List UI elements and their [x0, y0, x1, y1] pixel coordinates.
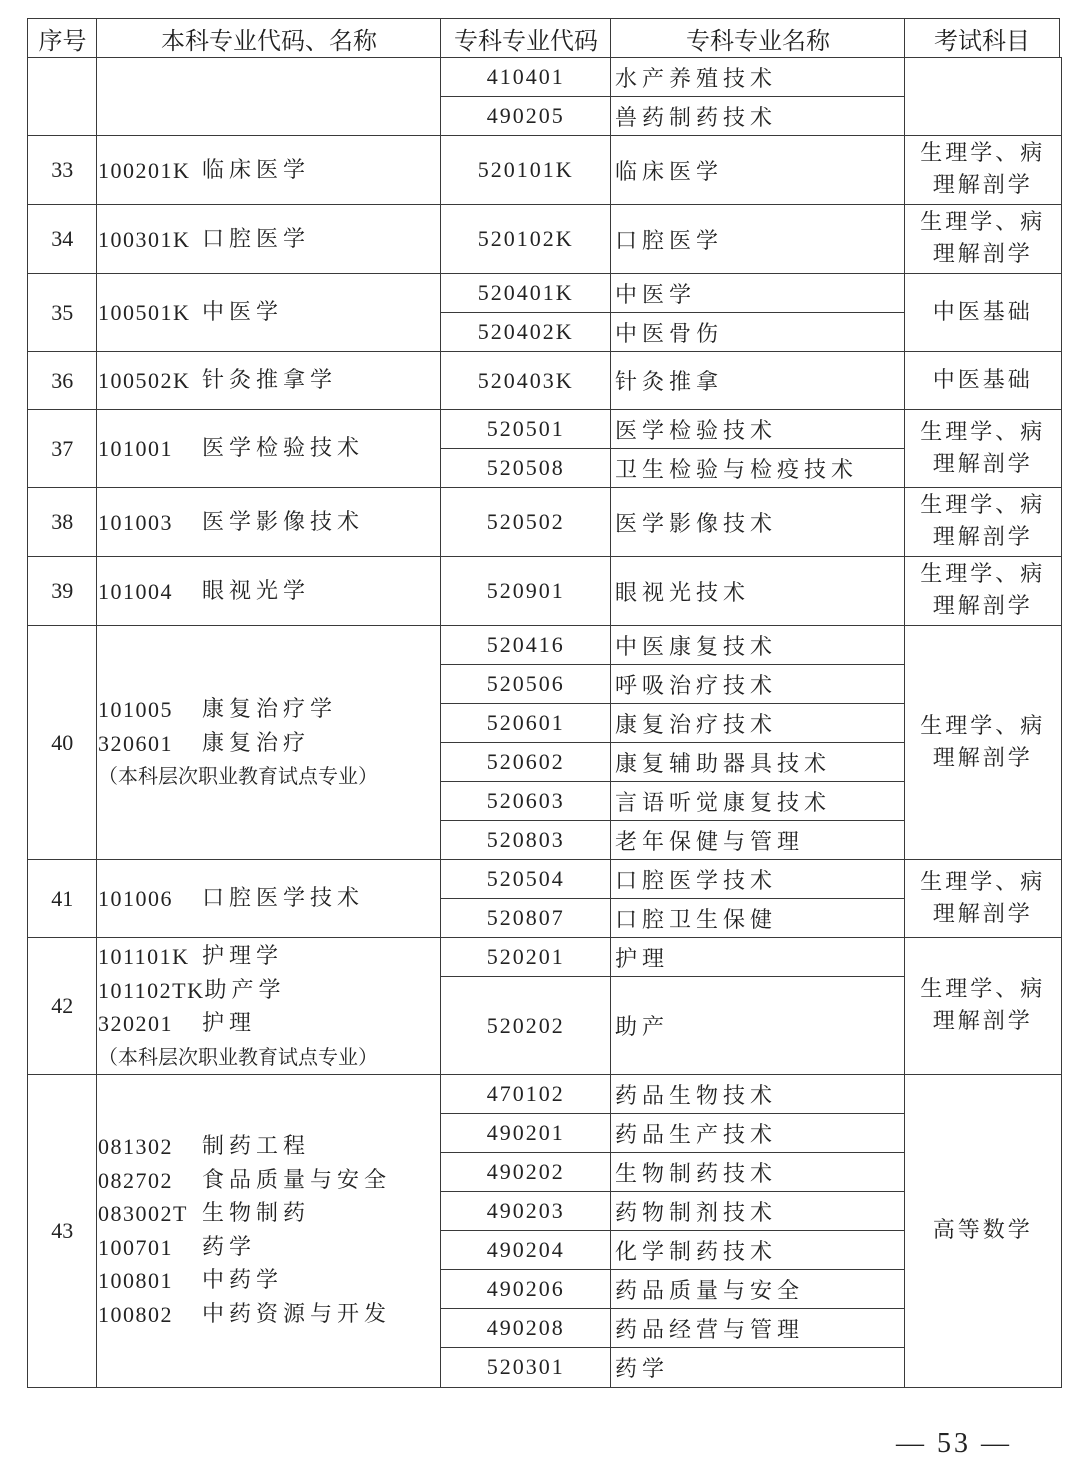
zhuanke-code: 520402K [440, 312, 612, 353]
zhuanke-name: 药物制剂技术 [610, 1191, 906, 1232]
exam-subject: 生理学、病理解剖学 [904, 625, 1062, 861]
bachelor-major-name: 中药学 [202, 1264, 283, 1298]
bachelor-major-code: 101101K [98, 940, 202, 974]
zhuanke-code: 520603 [440, 781, 612, 822]
row-seq: 35 [27, 273, 98, 353]
bachelor-major-code: 100301K [98, 223, 202, 257]
bachelor-major: 100802中药资源与开发 [98, 1298, 391, 1332]
zhuanke-code: 520501 [440, 409, 612, 450]
header-seq: 序号 [27, 18, 98, 58]
zhuanke-name: 助产 [610, 976, 906, 1076]
zhuanke-name: 中医康复技术 [610, 625, 906, 666]
zhuanke-name: 药品质量与安全 [610, 1269, 906, 1310]
zhuanke-name: 医学检验技术 [610, 409, 906, 450]
exam-subject: 生理学、病理解剖学 [904, 135, 1062, 206]
zhuanke-name: 临床医学 [610, 135, 906, 206]
bachelor-major-code: 101004 [98, 575, 202, 609]
zhuanke-code: 470102 [440, 1074, 612, 1115]
bachelor-major-code: 100502K [98, 364, 202, 398]
zhuanke-name: 针灸推拿 [610, 351, 906, 411]
exam-subject: 生理学、病理解剖学 [904, 204, 1062, 275]
zhuanke-name: 言语听觉康复技术 [610, 781, 906, 822]
zhuanke-code: 520416 [440, 625, 612, 666]
bachelor-major-code: 100501K [98, 296, 202, 330]
zhuanke-name: 药学 [610, 1347, 906, 1388]
bachelor-major: 101005康复治疗学 [98, 693, 337, 727]
bachelor-major-code: 101006 [98, 882, 202, 916]
zhuanke-name: 护理 [610, 937, 906, 978]
bachelor-majors-cell: 101001医学检验技术 [96, 409, 442, 489]
zhuanke-name: 口腔医学 [610, 204, 906, 275]
zhuanke-code: 520803 [440, 820, 612, 861]
zhuanke-name: 康复治疗技术 [610, 703, 906, 744]
bachelor-major: 101004眼视光学 [98, 575, 310, 609]
zhuanke-name: 兽药制药技术 [610, 96, 906, 137]
bachelor-major: 101003医学影像技术 [98, 506, 364, 540]
row-seq: 42 [27, 937, 98, 1076]
zhuanke-code: 520508 [440, 448, 612, 489]
zhuanke-code: 410401 [440, 57, 612, 98]
bachelor-majors-cell: 100201K临床医学 [96, 135, 442, 206]
zhuanke-code: 490205 [440, 96, 612, 137]
bachelor-major-code: 100801 [98, 1264, 202, 1298]
bachelor-majors-cell: 100301K口腔医学 [96, 204, 442, 275]
bachelor-major: 100701药学 [98, 1231, 256, 1265]
bachelor-major-name: 助产学 [205, 974, 286, 1008]
exam-subject [904, 57, 1062, 137]
bachelor-major: 100301K口腔医学 [98, 223, 310, 257]
zhuanke-code: 520403K [440, 351, 612, 411]
zhuanke-code: 520101K [440, 135, 612, 206]
header-zhuanke-code: 专科专业代码 [440, 18, 612, 58]
row-seq: 36 [27, 351, 98, 411]
bachelor-major-name: 眼视光学 [202, 575, 310, 609]
zhuanke-name: 卫生检验与检疫技术 [610, 448, 906, 489]
zhuanke-name: 眼视光技术 [610, 556, 906, 627]
row-seq: 41 [27, 859, 98, 939]
bachelor-major-code: 101001 [98, 432, 202, 466]
bachelor-major-name: 食品质量与安全 [202, 1164, 391, 1198]
header-exam: 考试科目 [904, 18, 1060, 58]
row-seq: 34 [27, 204, 98, 275]
bachelor-major-code: 101003 [98, 506, 202, 540]
bachelor-majors-cell: 100501K中医学 [96, 273, 442, 353]
major-mapping-table: 序号 本科专业代码、名称 专科专业代码 专科专业名称 考试科目 410401水产… [0, 0, 1080, 1400]
zhuanke-name: 化学制药技术 [610, 1230, 906, 1271]
zhuanke-name: 老年保健与管理 [610, 820, 906, 861]
zhuanke-code: 520301 [440, 1347, 612, 1388]
exam-subject: 生理学、病理解剖学 [904, 556, 1062, 627]
bachelor-major-code: 081302 [98, 1130, 202, 1164]
header-bachelor: 本科专业代码、名称 [96, 18, 442, 58]
bachelor-major: 101006口腔医学技术 [98, 882, 364, 916]
zhuanke-code: 520201 [440, 937, 612, 978]
zhuanke-name: 生物制药技术 [610, 1152, 906, 1193]
bachelor-majors-cell: 101101K护理学101102TK助产学320201护理（本科层次职业教育试点… [96, 937, 442, 1076]
bachelor-major-name: 康复治疗学 [202, 693, 337, 727]
zhuanke-code: 520502 [440, 487, 612, 558]
zhuanke-code: 520602 [440, 742, 612, 783]
bachelor-major-name: 医学检验技术 [202, 432, 364, 466]
row-seq [27, 57, 98, 137]
bachelor-major: 083002T生物制药 [98, 1197, 310, 1231]
bachelor-major: 101101K护理学 [98, 940, 283, 974]
bachelor-major-code: 100802 [98, 1298, 202, 1332]
bachelor-major-code: 101102TK [98, 974, 205, 1008]
bachelor-major-code: 100201K [98, 154, 202, 188]
row-seq: 38 [27, 487, 98, 558]
bachelor-major: 081302制药工程 [98, 1130, 310, 1164]
bachelor-major-code: 320601 [98, 727, 202, 761]
zhuanke-code: 490202 [440, 1152, 612, 1193]
bachelor-major: 100201K临床医学 [98, 154, 310, 188]
row-seq: 33 [27, 135, 98, 206]
exam-subject: 生理学、病理解剖学 [904, 937, 1062, 1076]
exam-subject: 中医基础 [904, 273, 1062, 353]
bachelor-major-name: 中药资源与开发 [202, 1298, 391, 1332]
zhuanke-code: 520901 [440, 556, 612, 627]
zhuanke-name: 医学影像技术 [610, 487, 906, 558]
bachelor-majors-cell: 101003医学影像技术 [96, 487, 442, 558]
bachelor-major-name: 药学 [202, 1231, 256, 1265]
zhuanke-name: 口腔卫生保健 [610, 898, 906, 939]
row-seq: 37 [27, 409, 98, 489]
zhuanke-name: 药品经营与管理 [610, 1308, 906, 1349]
bachelor-major-code: 320201 [98, 1007, 202, 1041]
header-zhuanke-name: 专科专业名称 [610, 18, 906, 58]
pilot-program-note: （本科层次职业教育试点专业） [98, 760, 378, 792]
bachelor-major-name: 制药工程 [202, 1130, 310, 1164]
bachelor-major-code: 100701 [98, 1231, 202, 1265]
bachelor-majors-cell: 101004眼视光学 [96, 556, 442, 627]
row-seq: 43 [27, 1074, 98, 1388]
bachelor-major-name: 口腔医学 [202, 223, 310, 257]
bachelor-major-code: 083002T [98, 1197, 202, 1231]
bachelor-major: 101102TK助产学 [98, 974, 286, 1008]
zhuanke-code: 520601 [440, 703, 612, 744]
bachelor-major-name: 护理学 [202, 940, 283, 974]
bachelor-major-name: 中医学 [202, 296, 283, 330]
exam-subject: 生理学、病理解剖学 [904, 859, 1062, 939]
zhuanke-name: 中医骨伤 [610, 312, 906, 353]
bachelor-major: 320601康复治疗 [98, 727, 310, 761]
bachelor-major-name: 康复治疗 [202, 727, 310, 761]
bachelor-major-code: 082702 [98, 1164, 202, 1198]
row-seq: 39 [27, 556, 98, 627]
zhuanke-code: 520506 [440, 664, 612, 705]
zhuanke-code: 490206 [440, 1269, 612, 1310]
bachelor-major: 100502K针灸推拿学 [98, 364, 337, 398]
exam-subject: 中医基础 [904, 351, 1062, 411]
zhuanke-code: 520401K [440, 273, 612, 314]
zhuanke-name: 药品生物技术 [610, 1074, 906, 1115]
zhuanke-code: 520102K [440, 204, 612, 275]
zhuanke-name: 康复辅助器具技术 [610, 742, 906, 783]
row-seq: 40 [27, 625, 98, 861]
zhuanke-code: 490203 [440, 1191, 612, 1232]
page-number: — 53 — [896, 1428, 1012, 1460]
bachelor-major: 100501K中医学 [98, 296, 283, 330]
zhuanke-name: 呼吸治疗技术 [610, 664, 906, 705]
bachelor-major: 101001医学检验技术 [98, 432, 364, 466]
bachelor-majors-cell: 101006口腔医学技术 [96, 859, 442, 939]
bachelor-major-name: 口腔医学技术 [202, 882, 364, 916]
bachelor-majors-cell: 081302制药工程082702食品质量与安全083002T生物制药100701… [96, 1074, 442, 1388]
bachelor-majors-cell: 101005康复治疗学320601康复治疗（本科层次职业教育试点专业） [96, 625, 442, 861]
bachelor-major: 082702食品质量与安全 [98, 1164, 391, 1198]
exam-subject: 高等数学 [904, 1074, 1062, 1388]
zhuanke-code: 520807 [440, 898, 612, 939]
zhuanke-code: 490208 [440, 1308, 612, 1349]
bachelor-major-name: 临床医学 [202, 154, 310, 188]
zhuanke-name: 水产养殖技术 [610, 57, 906, 98]
zhuanke-code: 490201 [440, 1113, 612, 1154]
bachelor-major-code: 101005 [98, 693, 202, 727]
bachelor-majors-cell: 100502K针灸推拿学 [96, 351, 442, 411]
zhuanke-name: 口腔医学技术 [610, 859, 906, 900]
bachelor-major-name: 医学影像技术 [202, 506, 364, 540]
zhuanke-code: 520202 [440, 976, 612, 1076]
zhuanke-code: 490204 [440, 1230, 612, 1271]
exam-subject: 生理学、病理解剖学 [904, 487, 1062, 558]
bachelor-major: 100801中药学 [98, 1264, 283, 1298]
bachelor-major: 320201护理 [98, 1007, 256, 1041]
bachelor-major-name: 针灸推拿学 [202, 364, 337, 398]
zhuanke-code: 520504 [440, 859, 612, 900]
pilot-program-note: （本科层次职业教育试点专业） [98, 1041, 378, 1073]
exam-subject: 生理学、病理解剖学 [904, 409, 1062, 489]
zhuanke-name: 中医学 [610, 273, 906, 314]
bachelor-majors-cell [96, 57, 442, 137]
bachelor-major-name: 生物制药 [202, 1197, 310, 1231]
zhuanke-name: 药品生产技术 [610, 1113, 906, 1154]
bachelor-major-name: 护理 [202, 1007, 256, 1041]
